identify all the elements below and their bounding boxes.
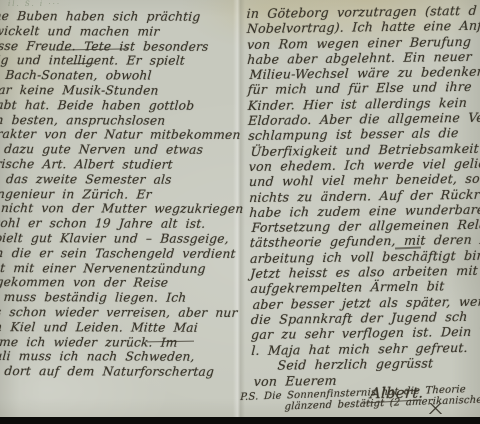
- handwriting-line: n das zweite Semester als: [0, 172, 268, 188]
- handwriting-line: wohl er schon 19 Jahre alt ist.: [0, 216, 268, 232]
- handwriting-line: ist mit einer Nervenentzündung: [0, 261, 268, 277]
- handwriting-line: osse Freude. Tete ist besonders: [0, 39, 269, 55]
- handwriting-line: ch die er sein Taschengeld verdient: [0, 246, 268, 262]
- handwriting-line: d muss beständig liegen. Ich: [0, 290, 268, 306]
- handwriting-line: gar keine Musik-Stunden: [0, 83, 269, 99]
- letter-scan: il. S. i ··· ine Buben haben sich prächt…: [0, 0, 480, 424]
- handwriting-line: n dort auf dem Naturforschertag: [0, 364, 268, 380]
- handwriting-line: mme ich wieder zurück. Im: [0, 335, 268, 351]
- handwriting-line: habt hat. Beide haben gottlob: [0, 98, 269, 114]
- handwriting-line: Juli muss ich nach Schweden,: [0, 349, 268, 365]
- handwriting-line: arakter von der Natur mitbekommen: [0, 127, 269, 143]
- closing-salutation: Seid herzlich gegrüsst: [277, 354, 480, 372]
- handwriting-line: ine Buben haben sich prächtig: [0, 9, 269, 25]
- scan-edge-strip: [0, 417, 480, 424]
- handwriting-line: ch Kiel und Leiden. Mitte Mai: [0, 320, 268, 336]
- handwriting-line: ngekommen von der Reise: [0, 275, 268, 291]
- right-text-column: in Göteborg vorzutragen (statt d Nobelvo…: [246, 3, 480, 404]
- handwriting-line: erische Art. Albert studiert: [0, 157, 269, 173]
- handwriting-line: en besten, anspruchslosen: [0, 113, 269, 129]
- handwriting-line: n Bach-Sonaten, obwohl: [0, 68, 269, 84]
- handwriting-line: llig und intelligent. Er spielt: [0, 53, 269, 69]
- handwriting-line: d dazu gute Nerven und etwas: [0, 142, 269, 158]
- handwriting-line: t nicht von der Mutter wegzukriegen: [0, 201, 268, 217]
- handwriting-line: spielt gut Klavier und – Bassgeige,: [0, 231, 268, 247]
- handwriting-line: twickelt und machen mir: [0, 24, 269, 40]
- left-text-column: ine Buben haben sich prächtig twickelt u…: [0, 9, 268, 380]
- handwriting-line: lingenieur in Zürich. Er: [0, 187, 268, 203]
- handwriting-line: ss schon wieder verreisen, aber nur: [0, 305, 268, 321]
- faint-top-annotation: il. S. i ···: [8, 0, 61, 8]
